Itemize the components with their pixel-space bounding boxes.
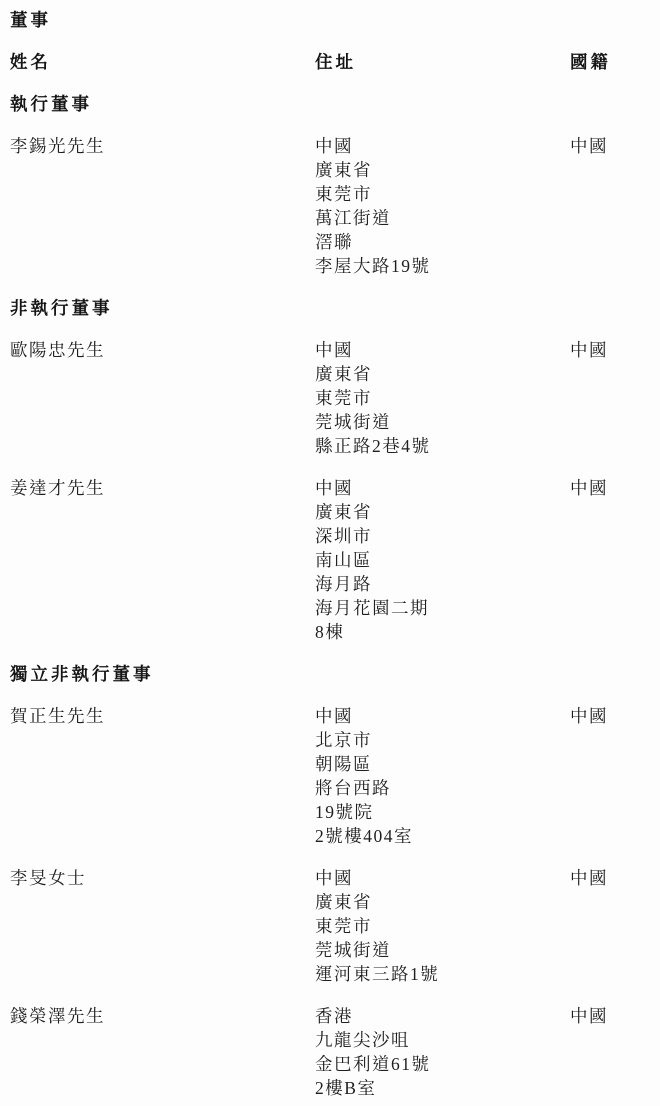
address-line: 金巴利道61號 [315, 1052, 570, 1076]
director-row: 李錫光先生 中國廣東省東莞市萬江街道滘聯李屋大路19號 中國 [10, 134, 650, 278]
column-header-nationality: 國籍 [570, 50, 650, 74]
sections-container: 執行董事 李錫光先生 中國廣東省東莞市萬江街道滘聯李屋大路19號 中國 非執行董… [10, 92, 650, 1100]
director-name: 錢榮澤先生 [10, 1004, 315, 1028]
director-nationality: 中國 [570, 338, 650, 362]
section-heading: 執行董事 [10, 92, 650, 116]
director-rows: 賀正生先生 中國北京市朝陽區將台西路19號院2號樓404室 中國 李旻女士 中國… [10, 704, 650, 1100]
director-name: 姜達才先生 [10, 476, 315, 500]
address-line: 中國 [315, 704, 570, 728]
director-address: 香港九龍尖沙咀金巴利道61號2樓B室 [315, 1004, 570, 1100]
section-heading: 獨立非執行董事 [10, 662, 650, 686]
director-rows: 李錫光先生 中國廣東省東莞市萬江街道滘聯李屋大路19號 中國 [10, 134, 650, 278]
address-line: 縣正路2巷4號 [315, 434, 570, 458]
director-nationality: 中國 [570, 1004, 650, 1028]
address-line: 東莞市 [315, 386, 570, 410]
address-line: 海月路 [315, 572, 570, 596]
director-address: 中國廣東省東莞市莞城街道運河東三路1號 [315, 866, 570, 986]
address-line: 廣東省 [315, 890, 570, 914]
director-name: 李錫光先生 [10, 134, 315, 158]
address-line: 李屋大路19號 [315, 254, 570, 278]
address-line: 中國 [315, 476, 570, 500]
director-address: 中國廣東省東莞市莞城街道縣正路2巷4號 [315, 338, 570, 458]
director-row: 錢榮澤先生 香港九龍尖沙咀金巴利道61號2樓B室 中國 [10, 1004, 650, 1100]
director-nationality: 中國 [570, 704, 650, 728]
address-line: 滘聯 [315, 230, 570, 254]
director-section: 獨立非執行董事 賀正生先生 中國北京市朝陽區將台西路19號院2號樓404室 中國… [10, 662, 650, 1100]
director-row: 姜達才先生 中國廣東省深圳市南山區海月路海月花園二期8棟 中國 [10, 476, 650, 644]
address-line: 中國 [315, 338, 570, 362]
address-line: 19號院 [315, 800, 570, 824]
director-name: 賀正生先生 [10, 704, 315, 728]
section-heading: 非執行董事 [10, 296, 650, 320]
address-line: 8棟 [315, 620, 570, 644]
address-line: 運河東三路1號 [315, 962, 570, 986]
address-line: 南山區 [315, 548, 570, 572]
page-title: 董事 [10, 8, 650, 32]
director-nationality: 中國 [570, 134, 650, 158]
address-line: 中國 [315, 866, 570, 890]
director-address: 中國廣東省東莞市萬江街道滘聯李屋大路19號 [315, 134, 570, 278]
address-line: 九龍尖沙咀 [315, 1028, 570, 1052]
address-line: 廣東省 [315, 158, 570, 182]
director-row: 賀正生先生 中國北京市朝陽區將台西路19號院2號樓404室 中國 [10, 704, 650, 848]
director-row: 李旻女士 中國廣東省東莞市莞城街道運河東三路1號 中國 [10, 866, 650, 986]
address-line: 東莞市 [315, 182, 570, 206]
director-nationality: 中國 [570, 866, 650, 890]
address-line: 海月花園二期 [315, 596, 570, 620]
address-line: 香港 [315, 1004, 570, 1028]
address-line: 中國 [315, 134, 570, 158]
address-line: 朝陽區 [315, 752, 570, 776]
address-line: 2號樓404室 [315, 824, 570, 848]
director-address: 中國廣東省深圳市南山區海月路海月花園二期8棟 [315, 476, 570, 644]
director-address: 中國北京市朝陽區將台西路19號院2號樓404室 [315, 704, 570, 848]
director-rows: 歐陽忠先生 中國廣東省東莞市莞城街道縣正路2巷4號 中國 姜達才先生 中國廣東省… [10, 338, 650, 644]
column-header-address: 住址 [315, 50, 570, 74]
address-line: 深圳市 [315, 524, 570, 548]
director-nationality: 中國 [570, 476, 650, 500]
address-line: 廣東省 [315, 500, 570, 524]
director-section: 非執行董事 歐陽忠先生 中國廣東省東莞市莞城街道縣正路2巷4號 中國 姜達才先生… [10, 296, 650, 644]
director-name: 歐陽忠先生 [10, 338, 315, 362]
director-row: 歐陽忠先生 中國廣東省東莞市莞城街道縣正路2巷4號 中國 [10, 338, 650, 458]
address-line: 將台西路 [315, 776, 570, 800]
address-line: 東莞市 [315, 914, 570, 938]
directors-document: 董事 姓名 住址 國籍 執行董事 李錫光先生 中國廣東省東莞市萬江街道滘聯李屋大… [0, 0, 660, 1106]
address-line: 莞城街道 [315, 410, 570, 434]
table-header-row: 姓名 住址 國籍 [10, 50, 650, 74]
address-line: 莞城街道 [315, 938, 570, 962]
address-line: 北京市 [315, 728, 570, 752]
director-section: 執行董事 李錫光先生 中國廣東省東莞市萬江街道滘聯李屋大路19號 中國 [10, 92, 650, 278]
column-header-name: 姓名 [10, 50, 315, 74]
address-line: 廣東省 [315, 362, 570, 386]
address-line: 2樓B室 [315, 1076, 570, 1100]
address-line: 萬江街道 [315, 206, 570, 230]
director-name: 李旻女士 [10, 866, 315, 890]
